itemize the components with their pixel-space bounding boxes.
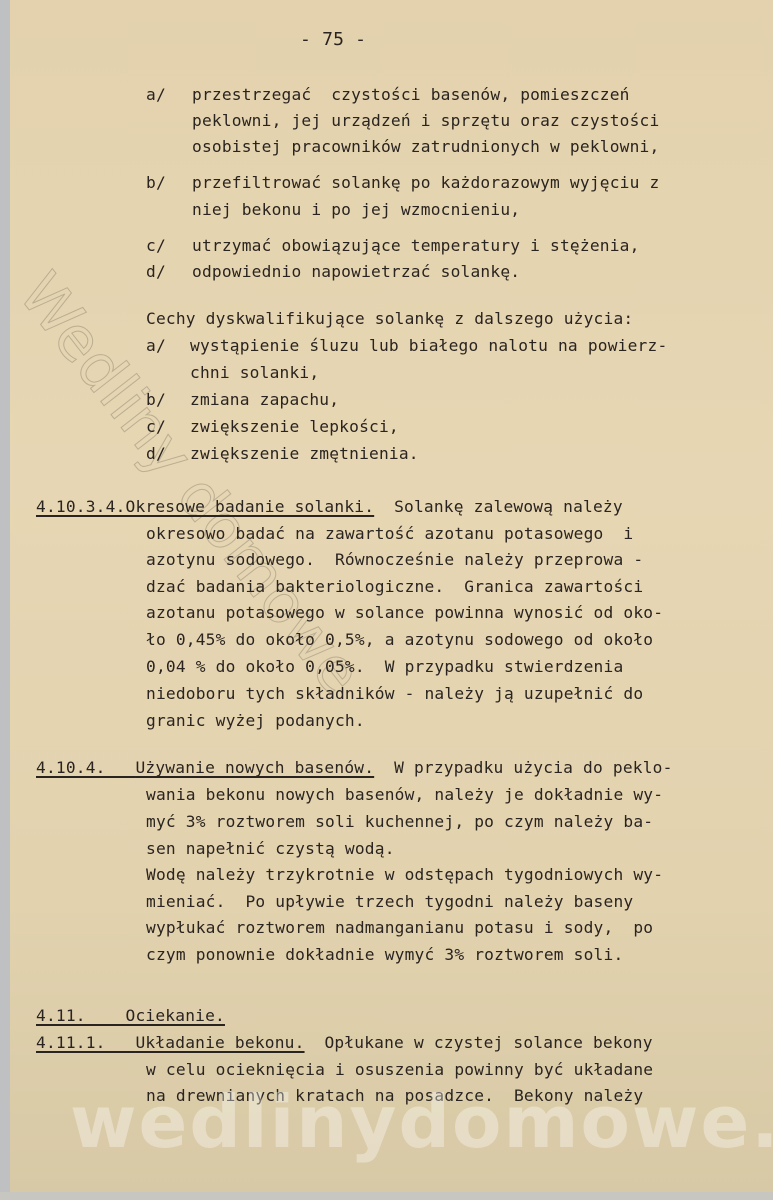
list-item-text: osobistej pracowników zatrudnionych w pe… <box>192 137 659 157</box>
list-item-text: zwiększenie lepkości, <box>190 417 399 437</box>
list-item-text: niej bekonu i po jej wzmocnieniu, <box>192 200 520 220</box>
list-item-text: zwiększenie zmętnienia. <box>190 444 419 464</box>
list-label: a/ <box>146 336 166 356</box>
section-heading: 4.11.____Ociekanie. <box>36 1006 225 1026</box>
list-item-text: peklowni, jej urządzeń i sprzętu oraz cz… <box>192 111 659 131</box>
section-title: Okresowe badanie solanki. <box>126 497 375 516</box>
section-text: azotanu potasowego w solance powinna wyn… <box>146 603 663 623</box>
list-label: b/ <box>146 173 166 193</box>
section-text: azotynu sodowego. Równocześnie należy pr… <box>146 550 643 570</box>
section-text: niedoboru tych składników - należy ją uz… <box>146 684 643 704</box>
section-text: W przypadku użycia do peklo- <box>374 758 672 777</box>
section-text: ło 0,45% do około 0,5%, a azotynu sodowe… <box>146 630 653 650</box>
watermark: wedlinydomowe.pl <box>70 1080 773 1164</box>
list-item-text: zmiana zapachu, <box>190 390 339 410</box>
list-item-text: przestrzegać czystości basenów, pomieszc… <box>192 85 630 105</box>
scan-edge <box>0 0 10 1200</box>
section-text: Solankę zalewową należy <box>374 497 623 516</box>
list-item-text: utrzymać obowiązujące temperatury i stęż… <box>192 236 640 256</box>
list-label: a/ <box>146 85 166 105</box>
section-heading: 4.11.1.___Układanie bekonu. Opłukane w c… <box>36 1033 653 1053</box>
scan-edge-bottom <box>0 1192 773 1200</box>
section-heading: 4.10.3.4.Okresowe badanie solanki. Solan… <box>36 497 623 517</box>
section-number: 4.10.4.___ <box>36 758 135 777</box>
section-text: w celu ocieknięcia i osuszenia powinny b… <box>146 1060 653 1080</box>
list-item-text: chni solanki, <box>190 363 319 383</box>
list-label: d/ <box>146 262 166 282</box>
list-item-text: wystąpienie śluzu lub białego nalotu na … <box>190 336 667 356</box>
section-text: Opłukane w czystej solance bekony <box>305 1033 653 1052</box>
disqualifying-heading: Cechy dyskwalifikujące solankę z dalszeg… <box>146 309 633 329</box>
section-text: sen napełnić czystą wodą. <box>146 839 395 859</box>
section-text: czym ponownie dokładnie wymyć 3% roztwor… <box>146 945 623 965</box>
list-label: c/ <box>146 236 166 256</box>
section-number: 4.10.3.4. <box>36 497 126 516</box>
list-item-text: odpowiednio napowietrzać solankę. <box>192 262 520 282</box>
list-label: c/ <box>146 417 166 437</box>
section-number: 4.11.____ <box>36 1006 126 1025</box>
section-text: wania bekonu nowych basenów, należy je d… <box>146 785 663 805</box>
section-title: Używanie nowych basenów. <box>135 758 374 777</box>
section-text: wypłukać roztworem nadmanganianu potasu … <box>146 918 653 938</box>
section-text: myć 3% roztworem soli kuchennej, po czym… <box>146 812 653 832</box>
section-text: granic wyżej podanych. <box>146 711 365 731</box>
list-label: d/ <box>146 444 166 464</box>
section-text: dzać badania bakteriologiczne. Granica z… <box>146 577 643 597</box>
section-title: Układanie bekonu. <box>135 1033 304 1052</box>
section-title: Ociekanie. <box>126 1006 225 1025</box>
section-number: 4.11.1.___ <box>36 1033 135 1052</box>
page-number: - 75 - <box>300 30 366 50</box>
list-label: b/ <box>146 390 166 410</box>
section-text: Wodę należy trzykrotnie w odstępach tygo… <box>146 865 663 885</box>
section-text: 0,04 % do około 0,05%. W przypadku stwie… <box>146 657 623 677</box>
section-heading: 4.10.4.___Używanie nowych basenów. W prz… <box>36 758 673 778</box>
section-text: mieniać. Po upływie trzech tygodni należ… <box>146 892 633 912</box>
section-text: okresowo badać na zawartość azotanu pota… <box>146 524 633 544</box>
list-item-text: przefiltrować solankę po każdorazowym wy… <box>192 173 659 193</box>
